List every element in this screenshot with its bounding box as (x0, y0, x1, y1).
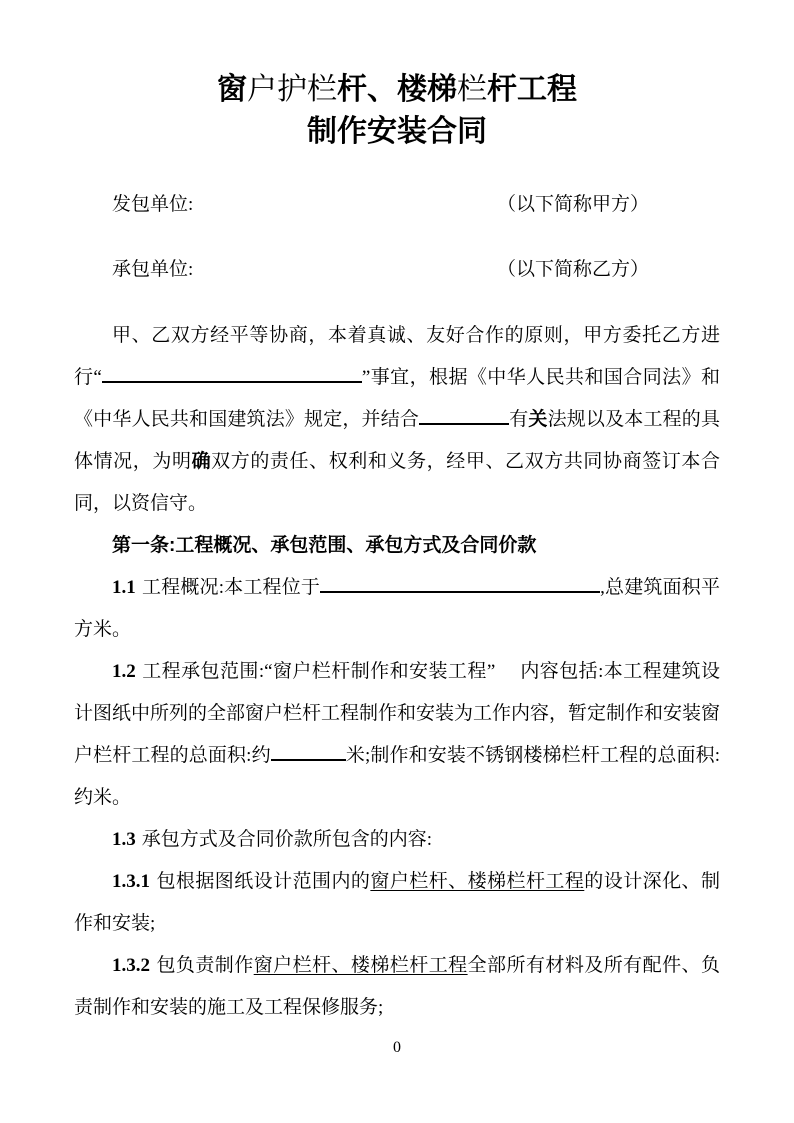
clause-text: 包根据图纸设计范围内的 (156, 871, 370, 892)
document-title: 窗户护栏杆、楼梯栏杆工程 制作安装合同 (74, 69, 720, 153)
parties-section: 发包单位:（以下简称甲方） 承包单位:（以下简称乙方） (74, 184, 720, 291)
clause-1-1: 1.1工程概况:本工程位于,总建筑面积平方米。 (74, 567, 720, 651)
employer-label: 发包单位: (112, 184, 497, 226)
title-segment: 杆工程 (487, 73, 577, 106)
clause-number: 1.3.1 (112, 871, 150, 892)
title-segment: 杆、楼梯 (337, 73, 457, 106)
clause-number: 1.1 (112, 577, 136, 598)
article1-heading: 第一条:工程概况、承包范围、承包方式及合同价款 (74, 525, 720, 567)
blank-line (320, 573, 600, 593)
clause-number: 1.2 (112, 661, 136, 682)
clause-text-underlined: 窗户栏杆、楼梯栏杆工程 (254, 955, 468, 976)
contract-page: 窗户护栏杆、楼梯栏杆工程 制作安装合同 发包单位:（以下简称甲方） 承包单位:（… (0, 0, 794, 1123)
contractor-alias-note: （以下简称乙方） (497, 259, 649, 280)
clause-1-3-2: 1.3.2包负责制作窗户栏杆、楼梯栏杆工程全部所有材料及所有配件、负责制作和安装… (74, 945, 720, 1029)
title-segment: 户护栏 (247, 73, 337, 106)
clause-text: 工程概况:本工程位于 (142, 577, 320, 598)
clause-1-2: 1.2工程承包范围:“窗户栏杆制作和安装工程” 内容包括:本工程建筑设计图纸中所… (74, 651, 720, 819)
blank-line (271, 741, 346, 761)
blank-line (419, 405, 509, 425)
preamble-paragraph: 甲、乙双方经平等协商，本着真诚、友好合作的原则，甲方委托乙方进行“”事宜，根据《… (74, 315, 720, 525)
title-line-2: 制作安装合同 (74, 111, 720, 153)
contract-body: 甲、乙双方经平等协商，本着真诚、友好合作的原则，甲方委托乙方进行“”事宜，根据《… (74, 315, 720, 1029)
preamble-text: 有 (509, 409, 528, 430)
clause-1-3: 1.3承包方式及合同价款所包含的内容: (74, 819, 720, 861)
preamble-text-bold: 关 (528, 409, 547, 430)
clause-number: 1.3 (112, 829, 136, 850)
clause-text: 承包方式及合同价款所包含的内容: (142, 829, 432, 850)
party-employer-row: 发包单位:（以下简称甲方） (74, 184, 720, 226)
title-segment: 栏 (457, 73, 487, 106)
page-number: 0 (0, 1038, 794, 1058)
title-segment: 窗 (217, 73, 247, 106)
clause-1-3-1: 1.3.1包根据图纸设计范围内的窗户栏杆、楼梯栏杆工程的设计深化、制作和安装; (74, 861, 720, 945)
party-contractor-row: 承包单位:（以下简称乙方） (74, 249, 720, 291)
preamble-text-bold: 确 (192, 451, 212, 472)
title-line-1: 窗户护栏杆、楼梯栏杆工程 (74, 69, 720, 111)
employer-alias-note: （以下简称甲方） (497, 194, 649, 215)
blank-line (102, 363, 362, 383)
contractor-label: 承包单位: (112, 249, 497, 291)
clause-text-underlined: 窗户栏杆、楼梯栏杆工程 (370, 871, 584, 892)
clause-number: 1.3.2 (112, 955, 150, 976)
clause-text: 包负责制作 (156, 955, 254, 976)
